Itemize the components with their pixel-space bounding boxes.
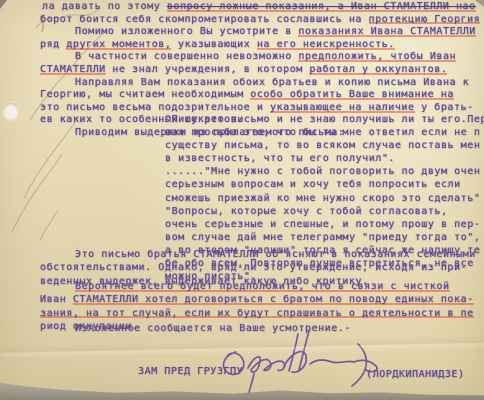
- typed-text: существу письма, то во всяком случае пос…: [165, 140, 480, 151]
- text-line: "Вопросы, которые хочу с тобой согласова…: [165, 204, 484, 217]
- text-line: вая просьба это, что бы ты мне ответил е…: [165, 125, 484, 138]
- text-line: В частности совершенно невозможно предпо…: [40, 49, 480, 62]
- text-line: ряд других моментов, указывающих на его …: [40, 37, 480, 50]
- typed-text: не знал учреждения, в котором: [106, 64, 310, 75]
- typed-text: Помимо изложенного Вы усмотрите в: [75, 26, 298, 37]
- text-line: сможешь приезжай ко мне нужно скоро это …: [165, 191, 484, 204]
- text-line: борот боится себя скомпрометировать сосл…: [40, 12, 480, 25]
- text-line: Это письмо братья СТАМАТЕЛЛИ об"ясняют в…: [40, 247, 476, 260]
- red-underlined-text: предположить, чтобы Иван: [298, 51, 456, 62]
- typed-text: ......"Мне нужно с тобой поговорить по д…: [165, 166, 480, 177]
- text-line: это письмо весьма подозрительное и указы…: [40, 100, 480, 113]
- text-line: очень серьезные и спешные, и потому прош…: [165, 217, 484, 230]
- text-line: СТАМАТЕЛЛИ не знал учреждения, в котором…: [40, 62, 480, 75]
- text-line: ла давать по этому вопросу ложные показа…: [40, 0, 480, 12]
- typed-text: Направляя Вам показания обоих братьев и …: [75, 77, 469, 88]
- text-line: в известность, что ты его получил".: [165, 151, 484, 164]
- closing-line: Изложенное сообщается на Ваше усмотрение…: [40, 321, 351, 334]
- scanned-document-page: ла давать по этому вопросу ложные показа…: [0, 0, 484, 400]
- text-line: Изложенное сообщается на Ваше усмотрение…: [40, 321, 351, 334]
- struck-through-text: вопросу ложные показания, а Иван СТАМАТЕ…: [167, 1, 476, 12]
- text-line: Иван СТАМАТЕЛЛИ хотел договориться с бра…: [40, 292, 474, 305]
- text-line: обстоятельствами. Однако, вряд-ли это ут…: [40, 260, 476, 273]
- typed-text: обстоятельствами. Однако, вряд-ли это ут…: [40, 262, 467, 273]
- typed-text: серьезным вопросам и хочу тебя попросить…: [165, 179, 461, 190]
- signature-role-label: ЗАМ ПРЕД ГРУЗГПУ: [138, 366, 243, 377]
- typed-text: указывающих: [171, 39, 256, 50]
- red-underlined-text: других моментов,: [66, 39, 171, 50]
- signature-name-label: (ЛОРДКИПАНИДЗЕ): [366, 369, 465, 380]
- text-line: Помимо изложенного Вы усмотрите в показа…: [40, 24, 480, 37]
- typed-text: В частности совершенно невозможно: [75, 51, 298, 62]
- typed-text: борот боится себя скомпрометировать сосл…: [40, 14, 369, 25]
- text-line: существу письма, то во всяком случае пос…: [165, 138, 484, 151]
- red-underlined-text: особо обратить Ваше внимание на: [250, 89, 454, 100]
- red-underlined-text: на его неискренность.: [257, 39, 395, 50]
- typed-text: "Вопросы, которые хочу с тобой согласова…: [165, 206, 448, 217]
- red-underlined-text: зания, на тот случай, если их будут спра…: [40, 308, 474, 319]
- typed-text: в известность, что ты его получил".: [165, 153, 395, 164]
- text-line: зания, на тот случай, если их будут спра…: [40, 306, 474, 319]
- text-line: ......"Мне нужно с тобой поговорить по д…: [165, 164, 484, 177]
- red-underlined-text: работал у оккупантов.: [309, 64, 447, 75]
- text-line: "Пишу это письмо и не знаю получишь ли т…: [165, 112, 484, 125]
- red-underlined-text: СТАМАТЕЛЛИ: [40, 64, 106, 75]
- text-line: серьезным вопросам и хочу тебя попросить…: [165, 177, 484, 190]
- red-underlined-text: Вероятнее всего будет предположить, что …: [75, 281, 450, 292]
- typed-text: ряд: [40, 39, 66, 50]
- text-line: Вероятнее всего будет предположить, что …: [40, 279, 474, 292]
- text-line: Георгию, мы считаем необходимым особо об…: [40, 87, 480, 100]
- typed-text: Изложенное сообщается на Ваше усмотрение…: [75, 323, 351, 334]
- typed-text: сможешь приезжай ко мне нужно скоро это …: [165, 193, 480, 204]
- typed-text: Иван: [40, 294, 73, 305]
- red-underlined-text: показаниях Ивана СТАМАТЕЛЛИ: [298, 26, 475, 37]
- red-underlined-text: протекцию Георгия: [369, 14, 481, 25]
- typed-text: Георгию, мы считаем необходимым: [40, 89, 250, 100]
- typed-text: ла давать по этому: [42, 1, 167, 12]
- typed-text: Это письмо братья СТАМАТЕЛЛИ об"ясняют в…: [75, 249, 476, 260]
- typed-text: вом случае дай мне телеграмму "приеду то…: [165, 232, 480, 243]
- typed-text: очень серьезные и спешные, и потому прош…: [165, 219, 480, 230]
- text-line: вом случае дай мне телеграмму "приеду то…: [165, 230, 484, 243]
- typed-text: вая просьба это, что бы ты мне ответил е…: [165, 127, 480, 138]
- text-line: Направляя Вам показания обоих братьев и …: [40, 75, 480, 88]
- red-underlined-text: СТАМАТЕЛЛИ хотел договориться с братом п…: [73, 294, 474, 305]
- typed-text: "Пишу это письмо и не знаю получишь ли т…: [165, 114, 484, 125]
